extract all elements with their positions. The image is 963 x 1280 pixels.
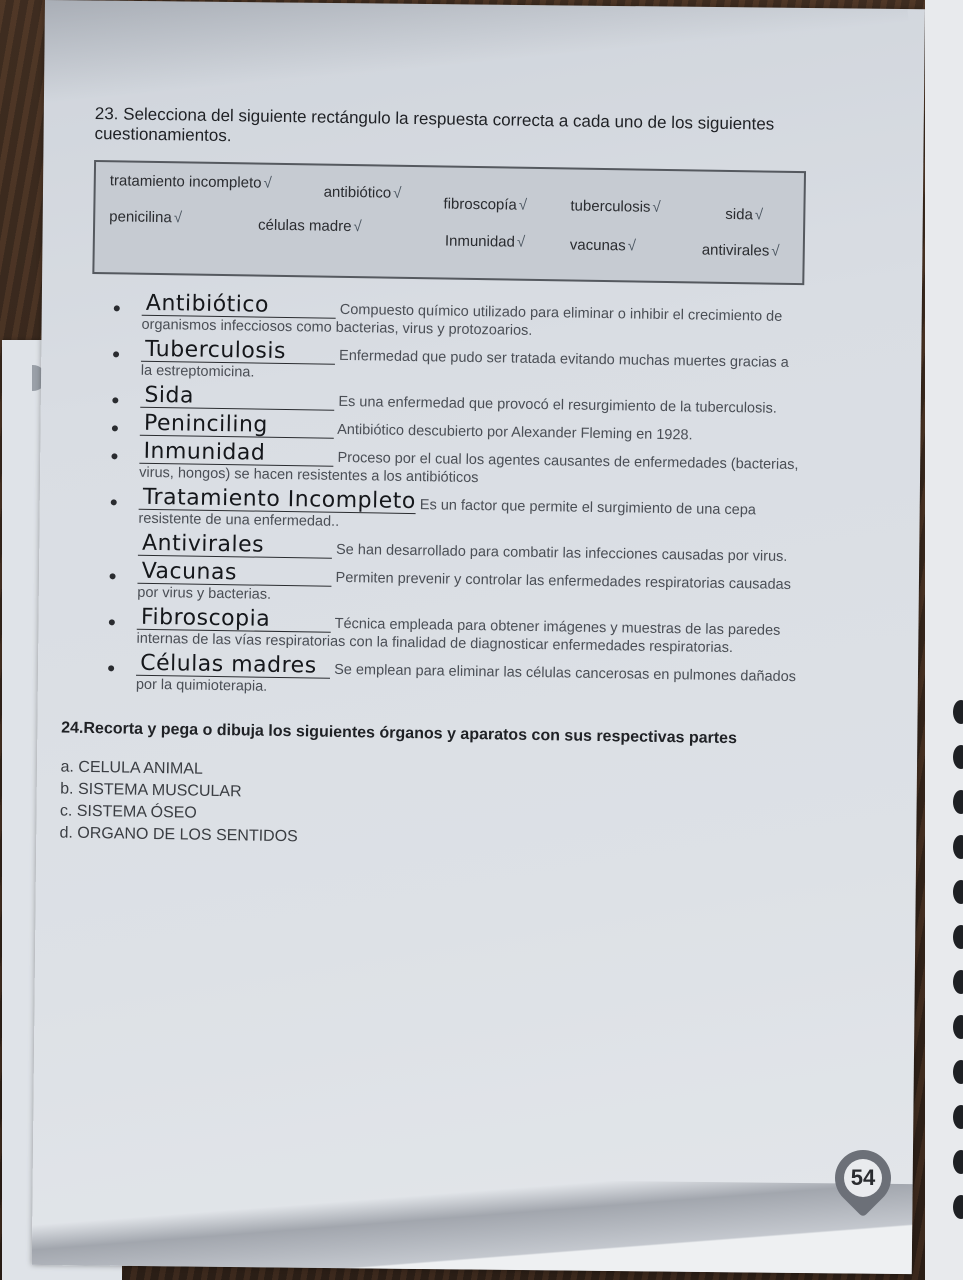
word-bank-box: tratamiento incompleto√ antibiótico√ fib… — [92, 160, 806, 285]
item-description: Antibiótico descubierto por Alexander Fl… — [337, 422, 693, 444]
word-bank-item: vacunas√ — [570, 236, 636, 254]
spiral-ring — [953, 1015, 963, 1039]
answer-field[interactable]: Sida — [140, 385, 334, 411]
item-description: Se han desarrollado para combatir las in… — [336, 542, 788, 565]
page-shadow — [32, 0, 909, 106]
question-23-items: Antibiótico Compuesto químico utilizado … — [86, 292, 802, 704]
spiral-ring — [953, 1195, 963, 1219]
question-item: Células madres Se emplean para eliminar … — [86, 652, 797, 704]
question-24-title: 24.Recorta y pega o dibuja los siguiente… — [61, 719, 795, 751]
spiral-binding — [925, 0, 963, 1280]
question-24: 24.Recorta y pega o dibuja los siguiente… — [59, 719, 795, 857]
bullet-icon — [109, 619, 115, 625]
check-mark-icon: √ — [263, 175, 272, 192]
answer-field[interactable]: Inmunidad — [139, 441, 333, 467]
word-bank-item: fibroscopía√ — [443, 195, 527, 213]
bullet-icon — [112, 397, 118, 403]
word-bank-item: antibiótico√ — [324, 184, 402, 202]
page-number: 54 — [844, 1159, 882, 1197]
spiral-ring — [953, 835, 963, 859]
spiral-ring — [953, 970, 963, 994]
answer-field[interactable]: Peninciling — [140, 413, 334, 439]
check-mark-icon: √ — [628, 237, 637, 254]
bullet-icon — [114, 305, 120, 311]
question-item: Tuberculosis Enfermedad que pudo ser tra… — [91, 338, 802, 390]
check-mark-icon: √ — [174, 209, 183, 226]
answer-field[interactable]: Antivirales — [138, 533, 332, 559]
word-bank-item: tuberculosis√ — [570, 197, 661, 215]
check-mark-icon: √ — [393, 185, 402, 202]
bullet-icon — [113, 351, 119, 357]
check-mark-icon: √ — [771, 243, 780, 260]
question-item: Fibroscopia Técnica empleada para obtene… — [86, 606, 797, 658]
bullet-icon — [111, 453, 117, 459]
answer-field[interactable]: Tratamiento Incompleto — [139, 487, 416, 514]
check-mark-icon: √ — [519, 197, 528, 214]
question-item: Vacunas Permiten prevenir y controlar la… — [87, 560, 798, 612]
check-mark-icon: √ — [755, 206, 764, 223]
bullet-icon — [108, 665, 114, 671]
word-bank-item: Inmunidad√ — [445, 233, 526, 251]
word-bank-item: antivirales√ — [702, 242, 780, 260]
spiral-ring — [953, 745, 963, 769]
question-item: Antibiótico Compuesto químico utilizado … — [91, 292, 802, 344]
check-mark-icon: √ — [517, 234, 526, 251]
word-bank-item: tratamiento incompleto√ — [110, 172, 272, 192]
bullet-icon — [110, 573, 116, 579]
spiral-ring — [953, 1105, 963, 1129]
word-bank-item: sida√ — [725, 206, 763, 224]
answer-field[interactable]: Tuberculosis — [141, 339, 335, 365]
question-item: Inmunidad Proceso por el cual los agente… — [89, 440, 800, 492]
page-footer-wave-decoration — [32, 1175, 913, 1274]
answer-field[interactable]: Vacunas — [137, 561, 331, 587]
spiral-ring — [953, 1060, 963, 1084]
answer-field[interactable]: Células madres — [136, 653, 330, 679]
spiral-ring — [953, 880, 963, 904]
spiral-ring — [953, 1150, 963, 1174]
page-content: 23. Selecciona del siguiente rectángulo … — [83, 104, 805, 856]
answer-field[interactable]: Antibiótico — [142, 293, 336, 319]
question-item: Tratamiento Incompleto Es un factor que … — [88, 486, 799, 538]
bullet-icon — [111, 499, 117, 505]
spiral-ring — [953, 790, 963, 814]
bullet-icon — [112, 425, 118, 431]
spiral-ring — [953, 700, 963, 724]
check-mark-icon: √ — [652, 199, 661, 216]
item-description: Es una enfermedad que provocó el resurgi… — [338, 394, 777, 417]
check-mark-icon: √ — [353, 218, 362, 235]
word-bank-item: penicilina√ — [109, 208, 182, 226]
word-bank-item: células madre√ — [258, 217, 362, 236]
answer-field[interactable]: Fibroscopia — [137, 607, 331, 633]
spiral-ring — [953, 925, 963, 949]
